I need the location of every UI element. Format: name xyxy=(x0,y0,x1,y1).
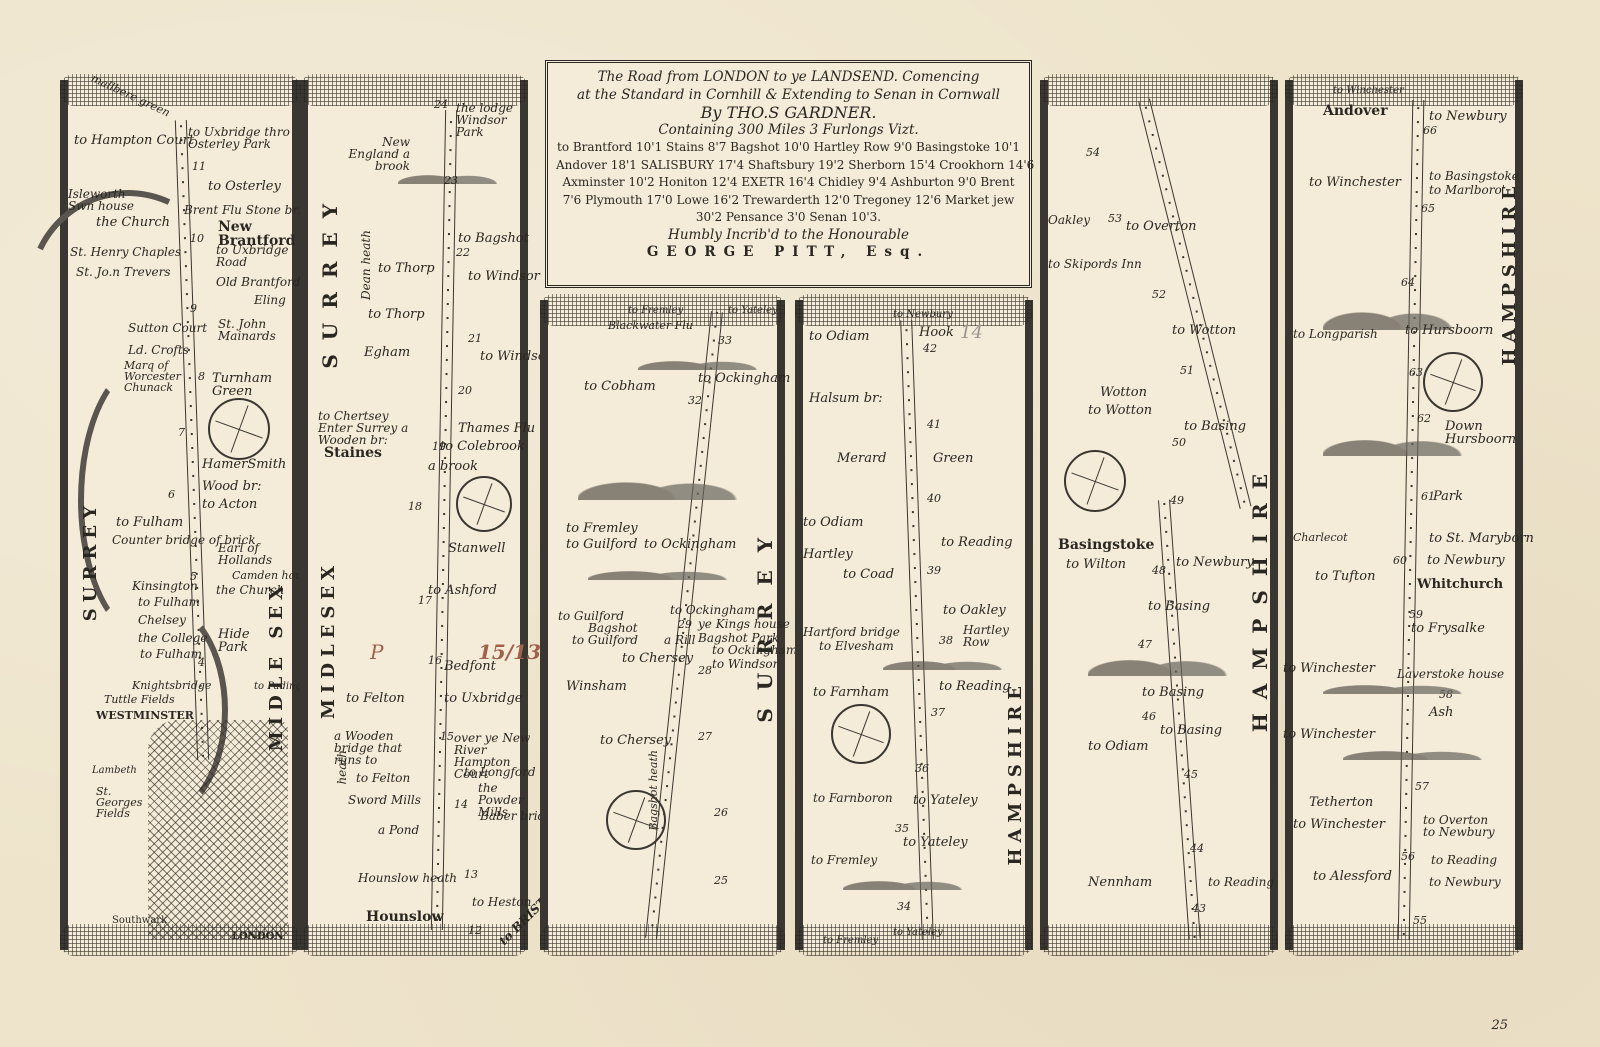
road xyxy=(1398,100,1425,940)
town-label-hounslow: Hounslow xyxy=(366,910,444,924)
mile-marker: 16 xyxy=(428,654,442,667)
place-label: HamerSmith xyxy=(202,458,286,471)
mile-marker: 38 xyxy=(939,634,953,647)
place-label: Eling xyxy=(254,294,286,306)
place-label: mallbere green xyxy=(90,73,172,119)
hills xyxy=(1323,674,1463,694)
place-label: to Overton xyxy=(1126,220,1197,233)
mile-marker: 42 xyxy=(923,342,937,355)
place-label: the lodge Windsor Park xyxy=(456,102,516,138)
place-label: Hounslow heath xyxy=(358,872,457,884)
mile-marker: 57 xyxy=(1415,780,1429,793)
place-label: to Fulham xyxy=(138,596,200,608)
place-label: to Fremley xyxy=(566,522,638,535)
compass-rose xyxy=(208,398,270,460)
place-label: to Farnboron xyxy=(813,792,893,804)
place-label: heath xyxy=(336,750,348,785)
place-label: to Yateley xyxy=(913,794,978,807)
mile-marker: 39 xyxy=(927,564,941,577)
compass-rose xyxy=(1064,450,1126,512)
county-label-surrey: SURREY xyxy=(318,190,342,369)
place-label: to Reading xyxy=(941,536,1013,549)
mile-marker: 9 xyxy=(190,302,197,315)
hills xyxy=(588,560,728,580)
place-label: Old Brantford xyxy=(216,276,301,288)
place-label: to Basing xyxy=(1184,420,1246,433)
road-strip-3: to Fremley to Yateley Blackwater Flu 33 … xyxy=(540,300,785,950)
mile-marker: 37 xyxy=(931,706,945,719)
distance-list-4: 7'6 Plymouth 17'0 Lowe 16'2 Trewarderth … xyxy=(556,192,1021,210)
mile-marker: 66 xyxy=(1423,124,1437,137)
mile-marker: 40 xyxy=(927,492,941,505)
road-strip-6: to Winchester Andover to Newbury 66 to W… xyxy=(1285,80,1523,950)
place-label: the Church xyxy=(96,216,170,229)
place-label: to Yateley xyxy=(893,928,943,938)
town-label-london: LONDON xyxy=(232,932,283,942)
place-label: to Newbury xyxy=(893,310,953,320)
place-label: to Skipords Inn xyxy=(1048,258,1142,270)
place-label: Brent Flu Stone br: xyxy=(184,204,302,216)
mile-marker: 22 xyxy=(456,246,470,259)
pencil-note: 15/13 xyxy=(478,640,541,664)
place-label: to Windsor xyxy=(712,658,778,670)
mile-marker: 14 xyxy=(454,798,468,811)
town-label-basingstoke: Basingstoke xyxy=(1058,538,1154,552)
county-label-hampshire: HAMPSHIRE xyxy=(1499,180,1520,366)
pencil-note: 14 xyxy=(960,322,983,343)
place-label: to Guilford xyxy=(566,538,637,551)
place-label: Turnham Green xyxy=(212,372,282,398)
place-label: Hartley xyxy=(803,548,853,561)
road xyxy=(1138,99,1251,509)
place-label: to Hursboorn xyxy=(1405,324,1493,337)
place-label: Tuttle Fields xyxy=(104,694,175,705)
place-label: Dean heath xyxy=(360,230,372,300)
place-label: Winsham xyxy=(566,680,627,693)
title-line-1: The Road from LONDON to ye LANDSEND. Com… xyxy=(556,69,1021,87)
place-label: to Fremley xyxy=(628,306,683,316)
place-label: Isleworth Swn house xyxy=(68,188,138,212)
mile-marker: 28 xyxy=(698,664,712,677)
mile-marker: 51 xyxy=(1180,364,1194,377)
mile-marker: 49 xyxy=(1170,494,1184,507)
mile-marker: 45 xyxy=(1184,768,1198,781)
place-label: to Osterley xyxy=(208,180,281,193)
title-distance: Containing 300 Miles 3 Furlongs Vizt. xyxy=(556,122,1021,140)
place-label: to Chersey xyxy=(622,652,693,665)
mile-marker: 60 xyxy=(1393,554,1407,567)
place-label: to Winchester xyxy=(1309,176,1401,189)
place-label: Hide Park xyxy=(218,628,268,654)
mile-marker: 44 xyxy=(1190,842,1204,855)
place-label: Ash xyxy=(1429,706,1453,719)
town-label-westminster: WESTMINSTER xyxy=(96,710,146,721)
mile-marker: 15 xyxy=(440,730,454,743)
mile-marker: 29 xyxy=(678,618,692,631)
mile-marker: 36 xyxy=(915,762,929,775)
place-label: to Reading xyxy=(939,680,1011,693)
place-label: to Oakley xyxy=(943,604,1006,617)
distance-list-1: to Brantford 10'1 Stains 8'7 Bagshot 10'… xyxy=(556,139,1021,157)
place-label: to Reading xyxy=(1431,854,1497,866)
county-label-middlesex: MIDLESEX xyxy=(318,560,339,719)
place-label: Lambeth xyxy=(92,766,137,776)
hills xyxy=(1088,640,1228,676)
place-label: Knightsbridge xyxy=(132,680,211,691)
place-label: Hartley Row xyxy=(963,624,1013,648)
hills xyxy=(638,350,758,370)
place-label: St. John Mainards xyxy=(218,318,288,342)
place-label: Park xyxy=(1433,490,1463,503)
road-strip-4: to Odiam to Newbury Hook 42 Halsum br: 4… xyxy=(795,300,1033,950)
place-label: to Longford xyxy=(464,766,536,778)
mile-marker: 33 xyxy=(718,334,732,347)
hills xyxy=(578,460,738,500)
place-label: to Wilton xyxy=(1066,558,1126,571)
place-label: to Ockingham xyxy=(712,644,797,656)
mile-marker: 24 xyxy=(434,98,448,111)
county-label-surrey: SURREY xyxy=(80,500,101,621)
place-label: to Wotton xyxy=(1172,324,1236,337)
title-author: By THO.S GARDNER. xyxy=(556,104,1021,122)
mile-marker: 11 xyxy=(192,160,206,173)
mile-marker: 63 xyxy=(1409,366,1423,379)
mile-marker: 10 xyxy=(190,232,204,245)
mile-marker: 54 xyxy=(1086,146,1100,159)
place-label: to Basing xyxy=(1148,600,1210,613)
place-label: Charlecot xyxy=(1293,532,1348,543)
place-label: to Ashford xyxy=(428,584,497,597)
place-label: to Newbury xyxy=(1427,554,1505,567)
place-label: to Newbury xyxy=(1423,826,1495,838)
place-label: to Wotton xyxy=(1088,404,1152,417)
compass-rose xyxy=(606,790,666,850)
mile-marker: 26 xyxy=(714,806,728,819)
place-label: to Fulham xyxy=(116,516,183,529)
page-number: 25 xyxy=(1491,1018,1508,1033)
place-label: Tetherton xyxy=(1309,796,1373,809)
dedicatee: GEORGE PITT, Esq. xyxy=(556,244,1021,262)
mile-marker: 65 xyxy=(1421,202,1435,215)
mile-marker: 47 xyxy=(1138,638,1152,651)
place-label: to Guilford xyxy=(572,634,638,646)
place-label: Marq of Worcester Chunack xyxy=(124,360,184,393)
mile-marker: 55 xyxy=(1413,914,1427,927)
mile-marker: 21 xyxy=(468,332,482,345)
place-label: to Alessford xyxy=(1313,870,1392,883)
place-label: St. Georges Fields xyxy=(96,786,156,819)
mile-marker: 25 xyxy=(714,874,728,887)
hills xyxy=(1323,420,1463,456)
place-label: Ld. Crofts xyxy=(128,344,189,356)
place-label: Kinsington xyxy=(132,580,198,592)
place-label: to Ockingham xyxy=(670,604,755,616)
place-label: Hook xyxy=(919,326,954,339)
place-label: to Colebrook xyxy=(440,440,525,453)
place-label: to Yateley xyxy=(903,836,968,849)
place-label: Chelsey xyxy=(138,614,186,626)
dedication: Humbly Incrib'd to the Honourable xyxy=(556,227,1021,245)
place-label: to Fremley xyxy=(823,936,878,946)
mile-marker: 20 xyxy=(458,384,472,397)
distance-list-2: Andover 18'1 SALISBURY 17'4 Shaftsbury 1… xyxy=(556,157,1021,175)
mile-marker: 27 xyxy=(698,730,712,743)
place-label: to Reading xyxy=(1208,876,1274,888)
place-label: Egham xyxy=(364,346,410,359)
place-label: to Chersey xyxy=(600,734,671,747)
place-label: to Ockingham xyxy=(698,372,790,385)
place-label: Oakley xyxy=(1048,214,1090,226)
place-label: Stanwell xyxy=(448,542,505,555)
place-label: a brook xyxy=(428,460,478,473)
mile-marker: 35 xyxy=(895,822,909,835)
place-label: Wotton xyxy=(1100,386,1147,399)
mile-marker: 41 xyxy=(927,418,941,431)
county-label-hampshire: HAMPSHIRE xyxy=(1005,680,1026,866)
town-label-whitchurch: Whitchurch xyxy=(1417,578,1503,591)
place-label: to Basing xyxy=(1160,724,1222,737)
mile-marker: 13 xyxy=(464,868,478,881)
place-label: to St. Maryborn xyxy=(1429,532,1534,545)
mile-marker: 7 xyxy=(178,426,185,439)
place-label: to Uxbridge Road xyxy=(216,244,296,268)
place-label: a Pond xyxy=(378,824,419,836)
place-label: a Rill xyxy=(664,634,696,646)
place-label: Thames Flu xyxy=(458,422,535,435)
hills xyxy=(883,650,1003,670)
mile-marker: 64 xyxy=(1401,276,1415,289)
county-label-hampshire: HAMPSHIRE xyxy=(1248,460,1272,732)
mile-marker: 48 xyxy=(1152,564,1166,577)
place-label: to Newbury xyxy=(1429,110,1507,123)
place-label: to Hampton Court xyxy=(74,134,194,147)
title-line-2: at the Standard in Cornhill & Extending … xyxy=(556,87,1021,105)
place-label: Halsum br: xyxy=(809,392,883,405)
hills xyxy=(843,870,963,890)
place-label: to Ockingham xyxy=(644,538,736,551)
place-label: Sword Mills xyxy=(348,794,421,806)
place-label: to Winchester xyxy=(1333,86,1404,96)
road-strip-5: 54 Oakley 53 to Overton to Skipords Inn … xyxy=(1040,80,1278,950)
mile-marker: 59 xyxy=(1409,608,1423,621)
mile-marker: 18 xyxy=(408,500,422,513)
mile-marker: 53 xyxy=(1108,212,1122,225)
place-label: to Bagshot xyxy=(458,232,529,245)
place-label: Hartford bridge xyxy=(803,626,900,638)
place-label: to Uxbridge xyxy=(444,692,523,705)
distance-list-5: 30'2 Pensance 3'0 Senan 10'3. xyxy=(556,209,1021,227)
place-label: Merard xyxy=(837,452,887,465)
place-label: to Thorp xyxy=(368,308,425,321)
place-label: to Felton xyxy=(346,692,405,705)
place-label: Sutton Court xyxy=(128,322,207,334)
place-label: to Windsor xyxy=(468,270,540,283)
place-label: the Church xyxy=(216,584,284,596)
place-label: to Tufton xyxy=(1315,570,1375,583)
mile-marker: 32 xyxy=(688,394,702,407)
place-label: St. Henry Chaples xyxy=(70,246,181,258)
place-label: to Fremley xyxy=(811,854,877,866)
place-label: Green xyxy=(933,452,973,465)
place-label: to Uxbridge thro Osterley Park xyxy=(188,126,298,150)
place-label: to Basing xyxy=(1142,686,1204,699)
place-label: to Odiam xyxy=(1088,740,1148,753)
place-label: to Marlboro' xyxy=(1429,184,1505,196)
place-label: to Newbury xyxy=(1176,556,1254,569)
place-label: to Newbury xyxy=(1429,876,1501,888)
compass-rose xyxy=(831,704,891,764)
pencil-note: P xyxy=(370,640,383,664)
place-label: to Longparish xyxy=(1293,328,1378,340)
mile-marker: 34 xyxy=(897,900,911,913)
town-label-southwark: Southwark xyxy=(112,916,167,926)
mile-marker: 23 xyxy=(444,174,458,187)
place-label: to Chertsey Enter Surrey a Wooden br: xyxy=(318,410,418,446)
road-strip-1: SURREY MIDLE SEX mallbere green to Hampt… xyxy=(60,80,300,950)
mile-marker: 43 xyxy=(1192,902,1206,915)
place-label: to Thorp xyxy=(378,262,435,275)
town-label-andover: Andover xyxy=(1323,104,1388,118)
compass-rose xyxy=(1423,352,1483,412)
compass-rose-star xyxy=(456,476,512,532)
place-label: Blackwater Flu xyxy=(608,320,693,331)
mile-marker: 52 xyxy=(1152,288,1166,301)
place-label: ye Kings house xyxy=(698,618,790,630)
place-label: to Coad xyxy=(843,568,894,581)
mile-marker: 12 xyxy=(468,924,482,937)
place-label: to Odiam xyxy=(803,516,863,529)
mile-marker: 50 xyxy=(1172,436,1186,449)
title-cartouche: The Road from LONDON to ye LANDSEND. Com… xyxy=(545,60,1032,288)
london-city-plan xyxy=(148,720,288,940)
place-label: Wood br: xyxy=(202,480,262,493)
place-label: the College xyxy=(138,632,207,644)
place-label: to Frysalke xyxy=(1411,622,1485,635)
place-label: to Acton xyxy=(202,498,257,511)
place-label: to Felton xyxy=(356,772,410,784)
place-label: to Farnham xyxy=(813,686,889,699)
place-label: Nennham xyxy=(1088,876,1152,889)
distance-list-3: Axminster 10'2 Honiton 12'4 EXETR 16'4 C… xyxy=(556,174,1021,192)
place-label: to Cobham xyxy=(584,380,656,393)
place-label: St. Jo.n Trevers xyxy=(76,266,170,278)
mile-marker: 46 xyxy=(1142,710,1156,723)
mile-marker: 17 xyxy=(418,594,432,607)
road-strip-2: SURREY MIDLESEX 24 the lodge Windsor Par… xyxy=(300,80,528,950)
place-label: to Fulham xyxy=(140,648,202,660)
mile-marker: 6 xyxy=(168,488,175,501)
place-label: to Yateley xyxy=(728,306,778,316)
mile-marker: 8 xyxy=(198,370,205,383)
hills xyxy=(1343,740,1483,760)
mile-marker: 56 xyxy=(1401,850,1415,863)
town-label-staines: Staines xyxy=(324,446,382,460)
place-label: Earl of Hollands xyxy=(218,542,288,566)
place-label: to Odiam xyxy=(809,330,869,343)
place-label: to Heston xyxy=(472,896,531,908)
place-label: to Winchester xyxy=(1293,818,1385,831)
